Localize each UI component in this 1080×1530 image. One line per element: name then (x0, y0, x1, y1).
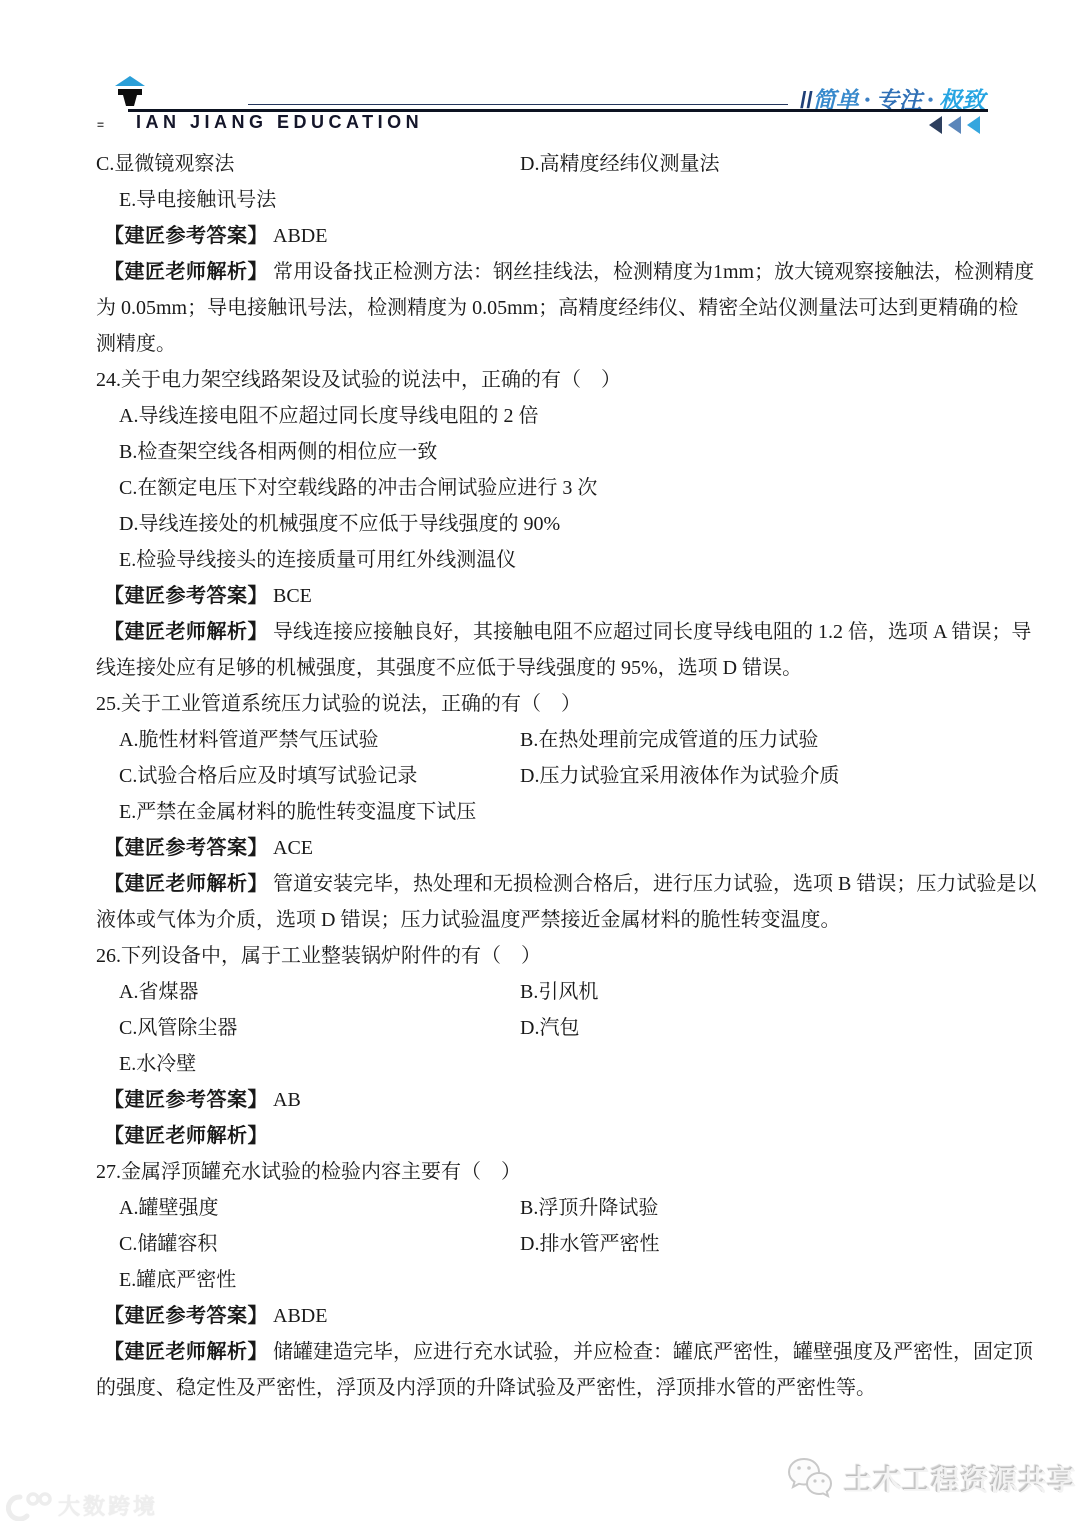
document-page: = IAN JIANG EDUCATION //简单 • 专注 • 极致 C.显… (0, 0, 1080, 1530)
answer-label: 【建匠参考答案】 (104, 837, 268, 859)
analysis-line: 【建匠老师解析】管道安装完毕，热处理和无损检测合格后，进行压力试验，选项 B 错… (96, 866, 1026, 902)
analysis-text: 的强度、稳定性及严密性，浮顶及内浮顶的升降试验及严密性，浮顶排水管的严密性等。 (96, 1377, 876, 1399)
option-row: C.在额定电压下对空载线路的冲击合闸试验应进行 3 次 (96, 470, 1026, 506)
question-line: 24.关于电力架空线路架设及试验的说法中，正确的有（ ） (96, 362, 1026, 398)
watermark-text: 土木工程资源共享 (845, 1459, 1077, 1499)
chevron-left-icon (948, 116, 961, 134)
analysis-text: 测精度。 (96, 333, 176, 355)
option: C.试验合格后应及时填写试验记录 (119, 765, 417, 787)
text-line: 线连接处应有足够的机械强度，其强度不应低于导线强度的 95%，选项 D 错误。 (96, 650, 1026, 686)
watermark-bottom-right: 土木工程资源共享 (785, 1455, 1077, 1503)
option: D.高精度经纬仪测量法 (520, 146, 719, 182)
answer-line: 【建匠参考答案】ABDE (96, 218, 1026, 254)
option: A.脆性材料管道严禁气压试验 (119, 729, 378, 751)
header-rule-main (128, 109, 988, 112)
watermark-text: 大数跨境 (58, 1490, 158, 1521)
question-text: 27.金属浮顶罐充水试验的检验内容主要有（ ） (96, 1161, 521, 1183)
option: C.储罐容积 (119, 1233, 217, 1255)
option: E.检验导线接头的连接质量可用红外线测温仪 (119, 549, 516, 571)
option: C.在额定电压下对空载线路的冲击合闸试验应进行 3 次 (119, 477, 597, 499)
answer-line: 【建匠参考答案】AB (96, 1082, 1026, 1118)
option-row: B.检查架空线各相两侧的相位应一致 (96, 434, 1026, 470)
option: B.引风机 (520, 974, 598, 1010)
options-row: C.试验合格后应及时填写试验记录D.压力试验宜采用液体作为试验介质 (96, 758, 1026, 794)
options-row: C.储罐容积D.排水管严密性 (96, 1226, 1026, 1262)
question-text: 25.关于工业管道系统压力试验的说法，正确的有（ ） (96, 693, 581, 715)
header-equals-mark: = (97, 118, 104, 132)
option: B.浮顶升降试验 (520, 1190, 658, 1226)
dashu-kuajing-logo-icon (6, 1491, 52, 1521)
answer-value: ACE (273, 837, 313, 859)
analysis-text: 管道安装完毕，热处理和无损检测合格后，进行压力试验，选项 B 错误；压力试验是以 (273, 873, 1036, 895)
answer-label: 【建匠参考答案】 (104, 1089, 268, 1111)
question-text: 26.下列设备中，属于工业整装锅炉附件的有（ ） (96, 945, 541, 967)
slogan-dot: • (928, 92, 934, 109)
options-row: A.罐壁强度B.浮顶升降试验 (96, 1190, 1026, 1226)
analysis-text: 液体或气体为介质，选项 D 错误；压力试验温度严禁接近金属材料的脆性转变温度。 (96, 909, 840, 931)
analysis-text: 储罐建造完毕，应进行充水试验，并应检查：罐底严密性，罐壁强度及严密性，固定顶 (273, 1341, 1033, 1363)
chevron-left-icon (929, 116, 942, 134)
option: A.罐壁强度 (119, 1197, 218, 1219)
analysis-line: 【建匠老师解析】 (96, 1118, 1026, 1154)
analysis-label: 【建匠老师解析】 (104, 1341, 268, 1363)
answer-label: 【建匠参考答案】 (104, 1305, 268, 1327)
option: B.在热处理前完成管道的压力试验 (520, 722, 818, 758)
analysis-label: 【建匠老师解析】 (104, 261, 268, 283)
text-line: 的强度、稳定性及严密性，浮顶及内浮顶的升降试验及严密性，浮顶排水管的严密性等。 (96, 1370, 1026, 1406)
option-row: E.导电接触讯号法 (96, 182, 1026, 218)
answer-value: BCE (273, 585, 312, 607)
analysis-label: 【建匠老师解析】 (104, 1125, 268, 1147)
option-row: E.水冷壁 (96, 1046, 1026, 1082)
answer-value: ABDE (273, 1305, 327, 1327)
option: C.显微镜观察法 (96, 153, 234, 175)
options-row: C.显微镜观察法D.高精度经纬仪测量法 (96, 146, 1026, 182)
option-row: A.导线连接电阻不应超过同长度导线电阻的 2 倍 (96, 398, 1026, 434)
option: E.罐底严密性 (119, 1269, 236, 1291)
analysis-line: 【建匠老师解析】储罐建造完毕，应进行充水试验，并应检查：罐底严密性，罐壁强度及严… (96, 1334, 1026, 1370)
option: D.压力试验宜采用液体作为试验介质 (520, 758, 839, 794)
option: B.检查架空线各相两侧的相位应一致 (119, 441, 437, 463)
text-line: 为 0.05mm；导电接触讯号法，检测精度为 0.05mm；高精度经纬仪、精密全… (96, 290, 1026, 326)
text-line: 测精度。 (96, 326, 1026, 362)
analysis-text: 导线连接应接触良好，其接触电阻不应超过同长度导线电阻的 1.2 倍，选项 A 错… (273, 621, 1031, 643)
option-row: D.导线连接处的机械强度不应低于导线强度的 90% (96, 506, 1026, 542)
brand-name: IAN JIANG EDUCATION (136, 112, 423, 133)
text-line: 液体或气体为介质，选项 D 错误；压力试验温度严禁接近金属材料的脆性转变温度。 (96, 902, 1026, 938)
analysis-line: 【建匠老师解析】导线连接应接触良好，其接触电阻不应超过同长度导线电阻的 1.2 … (96, 614, 1026, 650)
option: D.导线连接处的机械强度不应低于导线强度的 90% (119, 513, 560, 535)
analysis-text: 线连接处应有足够的机械强度，其强度不应低于导线强度的 95%，选项 D 错误。 (96, 657, 802, 679)
analysis-text: 常用设备找正检测方法：钢丝挂线法，检测精度为1mm；放大镜观察接触法，检测精度 (273, 261, 1034, 283)
analysis-label: 【建匠老师解析】 (104, 873, 268, 895)
answer-line: 【建匠参考答案】ACE (96, 830, 1026, 866)
brand-logo-icon (110, 75, 150, 112)
option-row: E.严禁在金属材料的脆性转变温度下试压 (96, 794, 1026, 830)
option: D.汽包 (520, 1010, 579, 1046)
question-line: 27.金属浮顶罐充水试验的检验内容主要有（ ） (96, 1154, 1026, 1190)
analysis-text: 为 0.05mm；导电接触讯号法，检测精度为 0.05mm；高精度经纬仪、精密全… (96, 297, 1018, 319)
option-row: E.罐底严密性 (96, 1262, 1026, 1298)
answer-line: 【建匠参考答案】BCE (96, 578, 1026, 614)
exam-content: C.显微镜观察法D.高精度经纬仪测量法 E.导电接触讯号法 【建匠参考答案】AB… (96, 146, 1026, 1406)
analysis-label: 【建匠老师解析】 (104, 621, 268, 643)
answer-value: AB (273, 1089, 301, 1111)
option: A.省煤器 (119, 981, 198, 1003)
answer-line: 【建匠参考答案】ABDE (96, 1298, 1026, 1334)
options-row: A.省煤器B.引风机 (96, 974, 1026, 1010)
chevron-left-icon (967, 116, 980, 134)
header-chevrons (929, 116, 980, 134)
answer-label: 【建匠参考答案】 (104, 225, 268, 247)
question-line: 26.下列设备中，属于工业整装锅炉附件的有（ ） (96, 938, 1026, 974)
option: C.风管除尘器 (119, 1017, 237, 1039)
slogan-dot: • (865, 92, 871, 109)
answer-value: ABDE (273, 225, 327, 247)
option: E.严禁在金属材料的脆性转变温度下试压 (119, 801, 476, 823)
watermark-bottom-left: 大数跨境 (6, 1490, 158, 1521)
option-row: E.检验导线接头的连接质量可用红外线测温仪 (96, 542, 1026, 578)
option: E.导电接触讯号法 (119, 189, 276, 211)
option: A.导线连接电阻不应超过同长度导线电阻的 2 倍 (119, 405, 538, 427)
question-text: 24.关于电力架空线路架设及试验的说法中，正确的有（ ） (96, 369, 621, 391)
option: E.水冷壁 (119, 1053, 196, 1075)
answer-label: 【建匠参考答案】 (104, 585, 268, 607)
options-row: A.脆性材料管道严禁气压试验B.在热处理前完成管道的压力试验 (96, 722, 1026, 758)
option: D.排水管严密性 (520, 1226, 659, 1262)
analysis-line: 【建匠老师解析】常用设备找正检测方法：钢丝挂线法，检测精度为1mm；放大镜观察接… (96, 254, 1026, 290)
question-line: 25.关于工业管道系统压力试验的说法，正确的有（ ） (96, 686, 1026, 722)
wechat-icon (785, 1455, 835, 1503)
options-row: C.风管除尘器D.汽包 (96, 1010, 1026, 1046)
header-rule-thin (248, 104, 788, 105)
